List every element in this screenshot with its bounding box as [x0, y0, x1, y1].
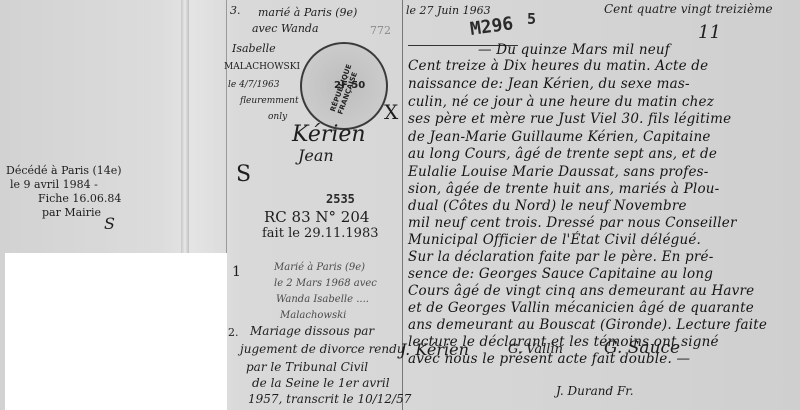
given-name: Jean: [298, 146, 334, 165]
x-mark: X: [384, 100, 398, 124]
note-line: Malachowski: [280, 310, 346, 321]
faint-number: 772: [370, 24, 391, 37]
record-line: mil neuf cent trois. Dressé par nous Con…: [408, 215, 737, 231]
note-line: le 2 Mars 1968 avec: [274, 278, 377, 289]
date-header: le 27 Juin 1963: [406, 4, 491, 17]
note-number: 2.: [228, 326, 239, 339]
page-mark: 11: [698, 22, 721, 43]
record-line: Eulalie Louise Marie Daussat, sans profe…: [408, 164, 709, 180]
note-line: 1957, transcrit le 10/12/57: [248, 392, 411, 406]
signature-witness-1: G. Vallin: [508, 342, 563, 357]
death-note-line: par Mairie: [42, 206, 101, 219]
record-line: au long Cours, âgé de trente sept ans, e…: [408, 146, 717, 162]
signature-father: J. Kérien: [400, 340, 469, 359]
top-header-right: Cent quatre vingt treizième: [604, 2, 773, 16]
note-number: 1: [232, 264, 241, 280]
record-line: ses père et mère rue Just Viel 30. fils …: [408, 111, 731, 127]
signature-officer: J. Durand Fr.: [556, 384, 634, 398]
death-note-line: le 9 avril 1984 -: [10, 178, 98, 191]
record-line: Sur la déclaration faite par le père. En…: [408, 249, 714, 265]
record-line: Cent treize à Dix heures du matin. Acte …: [408, 58, 708, 74]
note-line: par le Tribunal Civil: [246, 360, 368, 374]
note-line: only: [268, 112, 287, 122]
seal-value: 2F 50: [334, 80, 365, 91]
signature-witness-2: G. Sauce: [604, 338, 680, 358]
s-mark: S: [236, 162, 251, 187]
record-suffix: 5: [527, 10, 536, 28]
register-rc: RC 83 N° 204: [264, 208, 369, 226]
register-date: fait le 29.11.1983: [262, 226, 379, 241]
record-line: sion, âgée de trente huit ans, mariés à …: [408, 181, 719, 197]
death-note-line: Fiche 16.06.84: [38, 192, 121, 205]
seal-text: RÉPUBLIQUE FRANÇAISE: [329, 40, 369, 115]
note-line: de la Seine le 1er avril: [252, 376, 390, 390]
note-line: Isabelle: [232, 42, 276, 55]
record-line: de Jean-Marie Guillaume Kérien, Capitain…: [408, 129, 711, 145]
record-line: et de Georges Vallin mécanicien âgé de q…: [408, 300, 754, 316]
surname: Kérien: [292, 122, 366, 147]
note-number: 3.: [230, 4, 241, 17]
record-line: Municipal Officier de l'État Civil délég…: [408, 232, 701, 248]
record-line: naissance de: Jean Kérien, du sexe mas-: [408, 76, 690, 92]
record-line: culin, né ce jour à une heure du matin c…: [408, 94, 714, 110]
register-number: 2535: [326, 192, 355, 206]
record-line: dual (Côtes du Nord) le neuf Novembre: [408, 198, 687, 214]
record-line: sence de: Georges Sauce Capitaine au lon…: [408, 266, 713, 282]
record-line: ans demeurant au Bouscat (Gironde). Lect…: [408, 317, 767, 333]
death-note-line: Décédé à Paris (14e): [6, 164, 122, 177]
note-line: MALACHOWSKI: [224, 62, 300, 72]
record-line: — Du quinze Mars mil neuf: [478, 42, 670, 58]
fiscal-stamp-seal: RÉPUBLIQUE FRANÇAISE 2F 50: [300, 42, 388, 130]
initials-mark: S: [104, 214, 115, 233]
note-line: fleuremment: [240, 96, 299, 106]
note-line: Marié à Paris (9e): [274, 262, 365, 273]
note-line: le 4/7/1963: [228, 80, 280, 90]
note-line: marié à Paris (9e): [258, 6, 357, 19]
redaction-block: [5, 253, 227, 410]
record-line: Cours âgé de vingt cinq ans demeurant au…: [408, 283, 754, 299]
note-line: Mariage dissous par: [250, 324, 374, 338]
note-line: jugement de divorce rendu: [240, 342, 405, 356]
note-line: avec Wanda: [252, 22, 319, 35]
note-line: Wanda Isabelle ....: [276, 294, 369, 305]
